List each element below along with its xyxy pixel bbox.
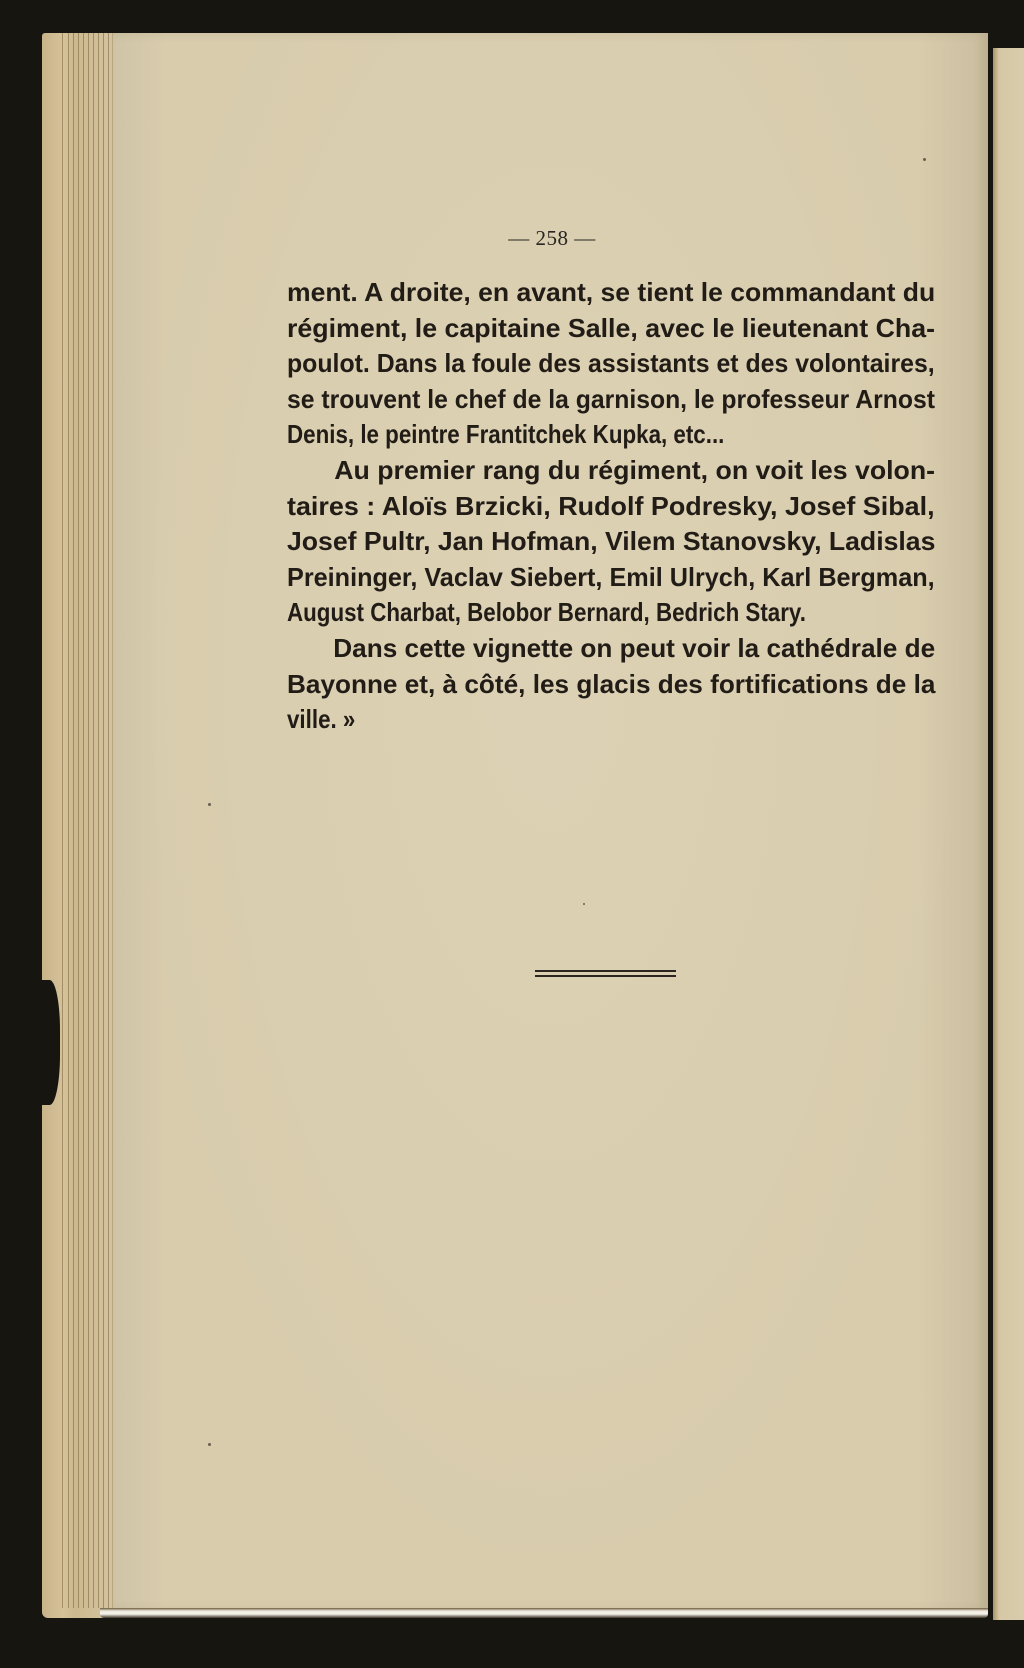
text-line: Au premier rang du régiment, on voit les…	[287, 453, 982, 489]
rule-line-bottom	[535, 975, 676, 977]
book-page	[112, 33, 988, 1610]
text-line: se trouvent le chef de la garnison, le p…	[287, 382, 935, 418]
text-line: August Charbat, Belobor Bernard, Bedrich…	[287, 595, 806, 631]
body-text: ment. A droite, en avant, se tient le co…	[287, 275, 935, 738]
text-line: Dans cette vignette on peut voir la cath…	[287, 631, 981, 667]
text-line: taires : Aloïs Brzicki, Rudolf Podresky,…	[287, 489, 935, 525]
text-line: Denis, le peintre Frantitchek Kupka, etc…	[287, 417, 725, 453]
text-line: Josef Pultr, Jan Hofman, Vilem Stanovsky…	[287, 524, 935, 560]
text-line: ville. »	[287, 702, 356, 738]
rule-line-top	[535, 970, 676, 972]
text-line: Preininger, Vaclav Siebert, Emil Ulrych,…	[287, 560, 935, 596]
text-line: poulot. Dans la foule des assistants et …	[287, 346, 935, 382]
torn-edge	[34, 980, 60, 1105]
text-line: Bayonne et, à côté, les glacis des forti…	[287, 667, 935, 703]
adjacent-page-edge	[993, 48, 1024, 1620]
text-line: ment. A droite, en avant, se tient le co…	[287, 275, 935, 311]
page-bottom-edge	[100, 1608, 988, 1618]
text-line: régiment, le capitaine Salle, avec le li…	[287, 311, 935, 347]
section-separator-rule	[535, 970, 676, 980]
page-stack-edges	[42, 33, 114, 1618]
page-number: — 258 —	[40, 226, 1024, 251]
